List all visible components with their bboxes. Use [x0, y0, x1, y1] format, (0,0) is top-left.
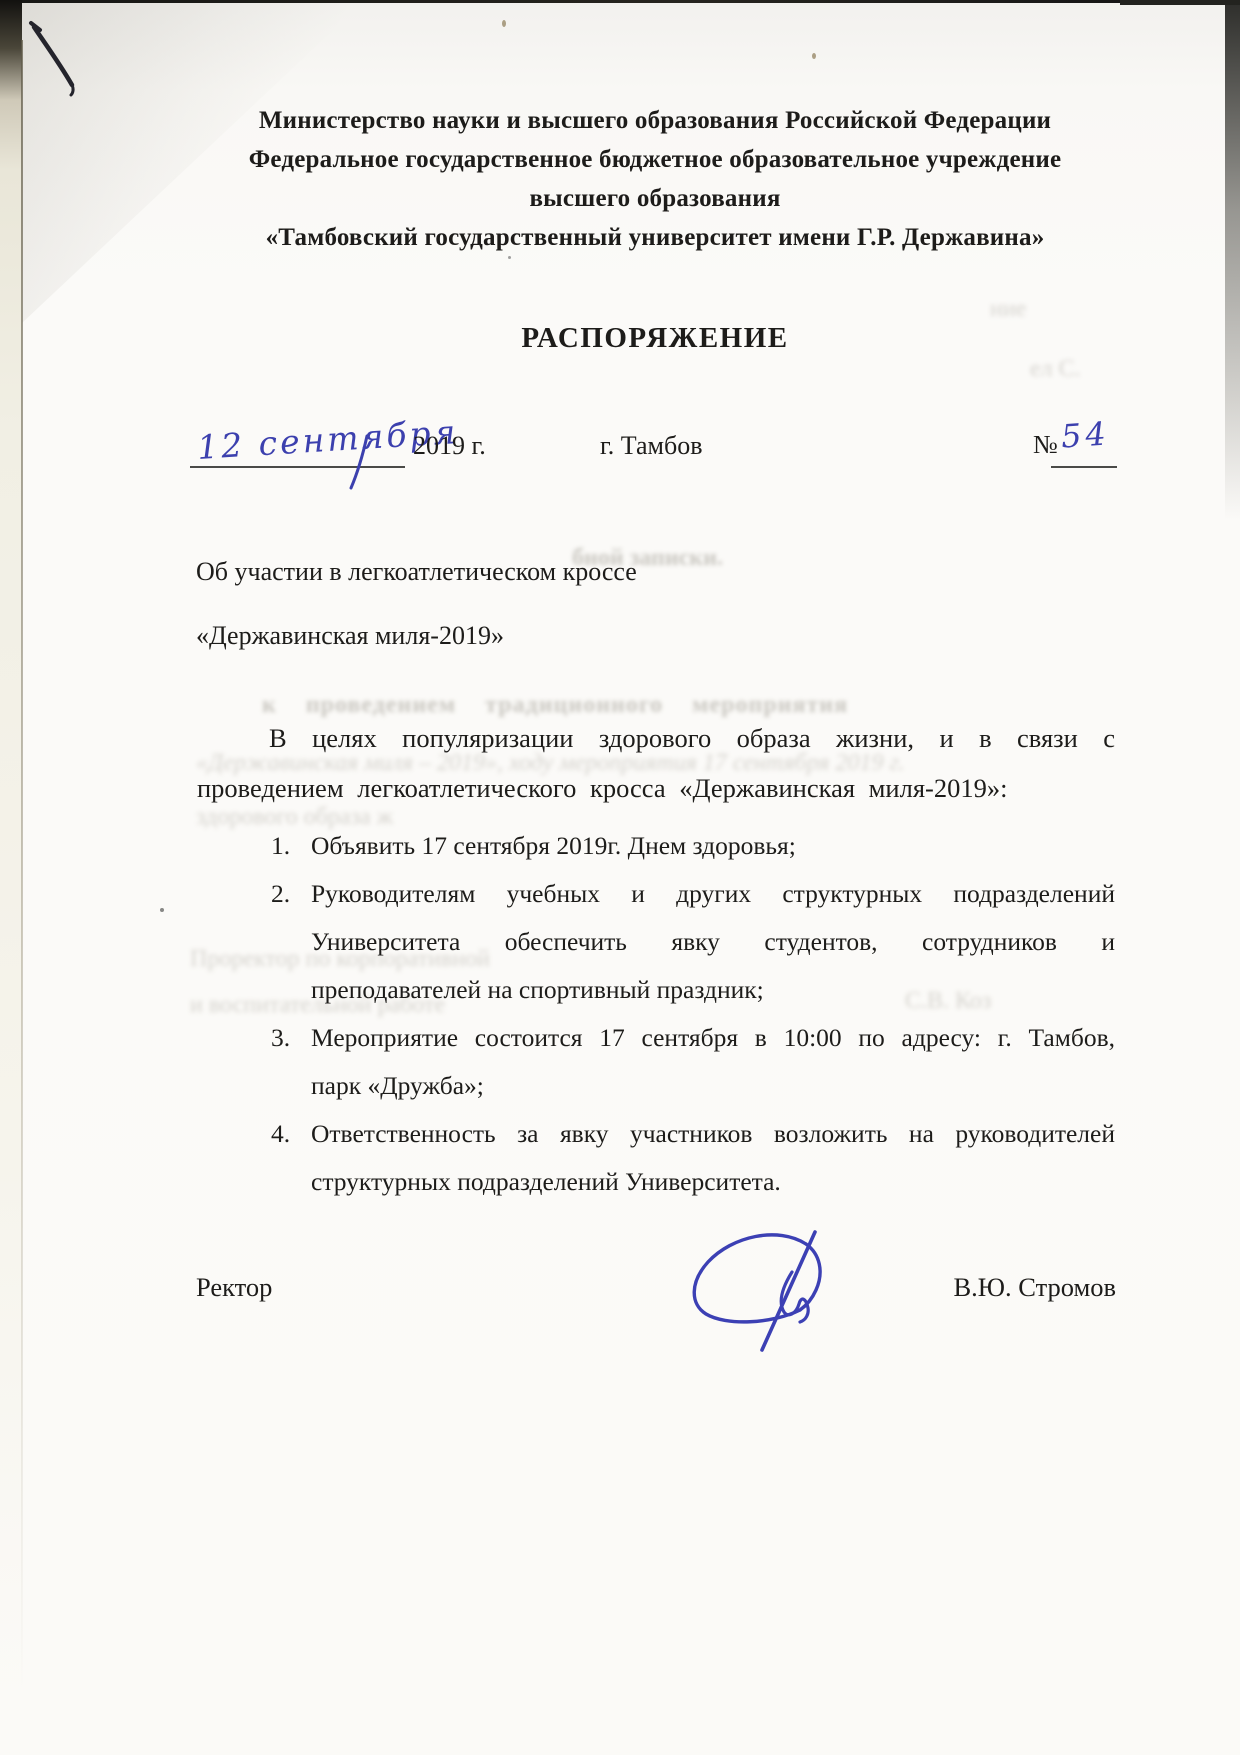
list-item: 4. Ответственность за явку участников во…	[271, 1110, 1115, 1206]
list-item-number: 1.	[271, 822, 311, 870]
header-line-institution: Федеральное государственное бюджетное об…	[195, 140, 1115, 179]
list-item: 2. Руководителям учебных и других структ…	[271, 870, 1115, 1014]
header-line-ministry: Министерство науки и высшего образования…	[195, 101, 1115, 140]
scan-right-edge	[1225, 0, 1240, 520]
date-year: 2019 г.	[413, 431, 486, 461]
handwriting-descender-stroke	[345, 434, 375, 494]
list-item-line: Мероприятие состоится 17 сентября в 10:0…	[311, 1014, 1115, 1062]
number-underline	[1051, 466, 1117, 468]
list-item-line: Университета обеспечить явку студентов, …	[311, 918, 1115, 966]
organization-header: Министерство науки и высшего образования…	[195, 101, 1115, 257]
list-item: 3. Мероприятие состоится 17 сентября в 1…	[271, 1014, 1115, 1110]
subject-line-2: «Державинская миля-2019»	[196, 604, 637, 668]
city-label: г. Тамбов	[600, 431, 702, 461]
list-item-number: 4.	[271, 1110, 311, 1206]
header-line-education: высшего образования	[195, 179, 1115, 218]
scan-left-edge	[0, 0, 22, 1700]
scan-top-right-corner	[1120, 0, 1240, 5]
list-item-line: Руководителям учебных и других структурн…	[311, 870, 1115, 918]
intro-line-2: проведением легкоатлетического кросса «Д…	[197, 763, 1115, 813]
list-item: 1. Объявить 17 сентября 2019г. Днем здор…	[271, 822, 1115, 870]
scanned-document-page: ние ел С. бной записки. к проведением тр…	[0, 0, 1240, 1755]
document-title: РАСПОРЯЖЕНИЕ	[195, 322, 1115, 355]
signature-row: Ректор В.Ю. Стромов	[196, 1266, 1116, 1326]
dust-speck	[508, 256, 511, 259]
subject-block: Об участии в легкоатлетическом кроссе «Д…	[196, 540, 637, 668]
list-item-line: парк «Дружба»;	[311, 1062, 1115, 1110]
dust-speck	[502, 20, 506, 27]
scan-top-edge	[0, 0, 1240, 3]
list-item-line: Ответственность за явку участников возло…	[311, 1110, 1115, 1158]
list-item-number: 3.	[271, 1014, 311, 1110]
order-list: 1. Объявить 17 сентября 2019г. Днем здор…	[271, 822, 1115, 1206]
dust-speck	[812, 53, 816, 59]
list-item-line: преподавателей на спортивный праздник;	[311, 966, 1115, 1014]
subject-line-1: Об участии в легкоатлетическом кроссе	[196, 540, 637, 604]
intro-paragraph: В целях популяризации здорового образа ж…	[197, 713, 1115, 813]
list-item-line: структурных подразделений Университета.	[311, 1158, 1115, 1206]
pen-mark-icon	[18, 12, 98, 107]
signer-role: Ректор	[196, 1272, 272, 1303]
intro-line-1: В целях популяризации здорового образа ж…	[197, 713, 1115, 763]
list-item-number: 2.	[271, 870, 311, 1014]
header-line-university: «Тамбовский государственный университет …	[195, 218, 1115, 257]
bleedthrough-line: ние	[990, 296, 1026, 323]
handwritten-number: 54	[1060, 414, 1111, 455]
number-label: №	[1033, 430, 1058, 460]
signature-ink	[660, 1210, 870, 1370]
signer-name: В.Ю. Стромов	[953, 1272, 1116, 1303]
bleedthrough-line: ел С.	[1030, 356, 1081, 383]
list-item-line: Объявить 17 сентября 2019г. Днем здоровь…	[311, 822, 1115, 870]
meta-row: 12 сентября 2019 г. г. Тамбов № 54	[195, 426, 1125, 506]
dust-speck	[160, 908, 164, 912]
